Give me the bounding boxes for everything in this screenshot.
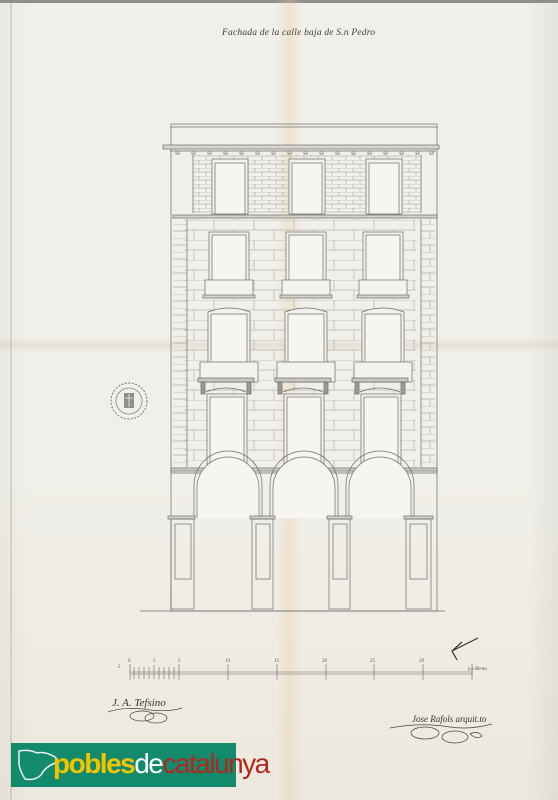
svg-text:15: 15 [274, 659, 280, 664]
svg-text:20: 20 [322, 659, 328, 664]
signature-left: J. A. Tefsino [112, 697, 166, 709]
svg-text:5: 5 [118, 665, 121, 670]
svg-text:25: 25 [370, 659, 376, 664]
svg-text:5: 5 [153, 659, 156, 664]
dentils [176, 151, 433, 154]
ground-arcade [168, 451, 433, 609]
facade-elevation: 5 0 5 5 10 15 20 25 30 p.s Rlems [0, 0, 558, 800]
watermark-de: de [134, 748, 162, 779]
svg-text:p.s Rlems: p.s Rlems [467, 667, 487, 672]
svg-text:0: 0 [128, 659, 131, 664]
svg-text:10: 10 [225, 659, 231, 664]
scale-labels: 5 0 5 5 10 15 20 25 30 p.s Rlems [118, 659, 487, 672]
watermark-catalunya: catalunya [162, 748, 268, 779]
watermark-text: poblesdecatalunya [53, 747, 269, 781]
seal-stamp [108, 380, 150, 422]
pobles-de-catalunya-watermark[interactable]: poblesdecatalunya [11, 743, 236, 787]
svg-text:30: 30 [419, 659, 425, 664]
graphic-scale-bar [130, 638, 478, 680]
first-floor-upper-windows [200, 308, 412, 382]
svg-text:5: 5 [178, 659, 181, 664]
second-floor-windows [203, 232, 409, 298]
main-floor-doors [207, 394, 401, 464]
watermark-pobles: pobles [53, 748, 134, 779]
signature-right: Jose Rafols arquit.to [412, 714, 486, 724]
